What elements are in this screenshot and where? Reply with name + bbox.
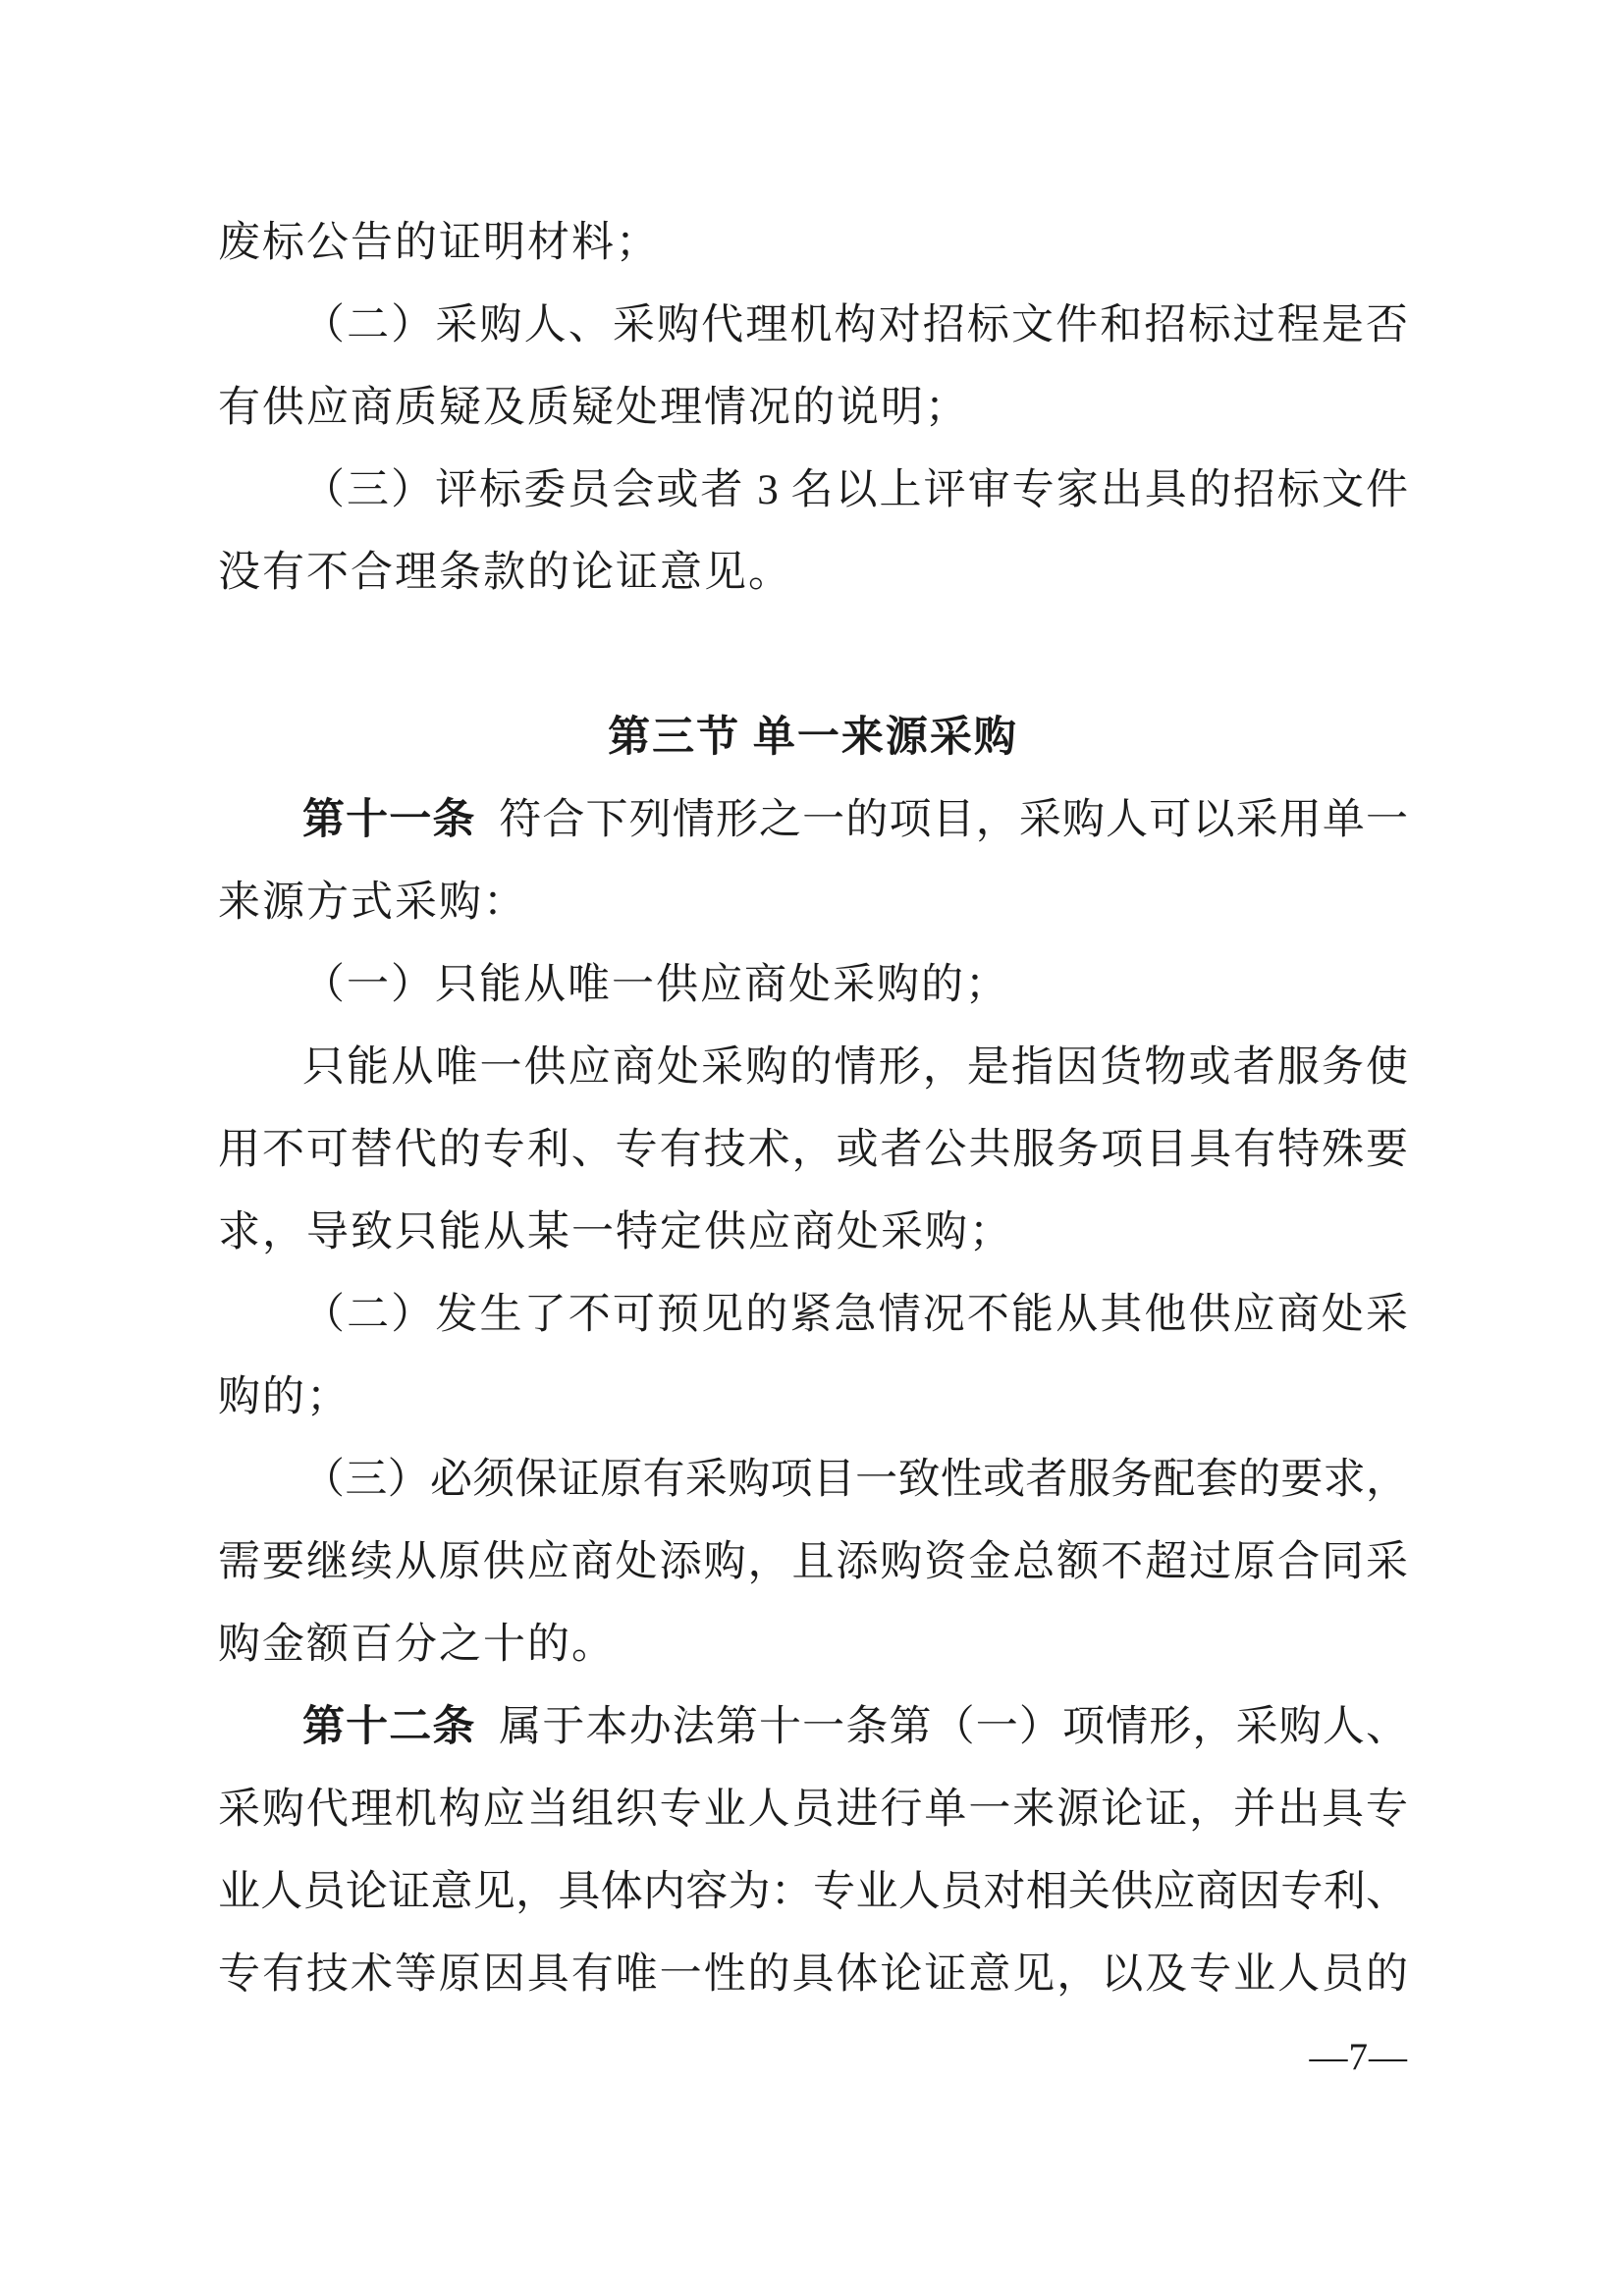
text-block: 废标公告的证明材料；（二）采购人、采购代理机构对招标文件和招标过程是否有供应商质… xyxy=(218,202,1408,2099)
page-number: —7— xyxy=(218,2016,1408,2099)
section-heading: 第三节 单一来源采购 xyxy=(218,697,1408,779)
text-line: 业人员论证意见，具体内容为：专业人员对相关供应商因专利、 xyxy=(218,1851,1408,1934)
article-number: 第十一条 xyxy=(302,797,476,843)
text-line: 只能从唯一供应商处采购的情形，是指因货物或者服务使 xyxy=(218,1027,1408,1109)
text-line: （一）只能从唯一供应商处采购的； xyxy=(218,944,1408,1027)
article-number: 第十二条 xyxy=(302,1704,476,1750)
text-line: 求，导致只能从某一特定供应商处采购； xyxy=(218,1192,1408,1274)
text-line: 用不可替代的专利、专有技术，或者公共服务项目具有特殊要 xyxy=(218,1109,1408,1192)
text-line: 专有技术等原因具有唯一性的具体论证意见，以及专业人员的 xyxy=(218,1934,1408,2016)
text-line: 购的； xyxy=(218,1357,1408,1439)
text-line: 需要继续从原供应商处添购，且添购资金总额不超过原合同采 xyxy=(218,1522,1408,1604)
text-line: （三）评标委员会或者 3 名以上评审专家出具的招标文件 xyxy=(218,450,1408,532)
text-line: 废标公告的证明材料； xyxy=(218,202,1408,285)
document-page: 废标公告的证明材料；（二）采购人、采购代理机构对招标文件和招标过程是否有供应商质… xyxy=(0,0,1624,2296)
text-line: 购金额百分之十的。 xyxy=(218,1604,1408,1686)
body-lines: 废标公告的证明材料；（二）采购人、采购代理机构对招标文件和招标过程是否有供应商质… xyxy=(218,202,1408,2016)
text-line: （二）采购人、采购代理机构对招标文件和招标过程是否 xyxy=(218,285,1408,367)
text-line: 没有不合理条款的论证意见。 xyxy=(218,532,1408,614)
text-line: （三）必须保证原有采购项目一致性或者服务配套的要求， xyxy=(218,1439,1408,1522)
text-line: 采购代理机构应当组织专业人员进行单一来源论证，并出具专 xyxy=(218,1769,1408,1851)
text-line: （二）发生了不可预见的紧急情况不能从其他供应商处采 xyxy=(218,1274,1408,1357)
text-line: 有供应商质疑及质疑处理情况的说明； xyxy=(218,367,1408,450)
text-line: 来源方式采购： xyxy=(218,862,1408,944)
text-line: 第十一条符合下列情形之一的项目，采购人可以采用单一 xyxy=(218,779,1408,862)
text-line: 第十二条属于本办法第十一条第（一）项情形，采购人、 xyxy=(218,1686,1408,1769)
blank-line xyxy=(218,614,1408,697)
